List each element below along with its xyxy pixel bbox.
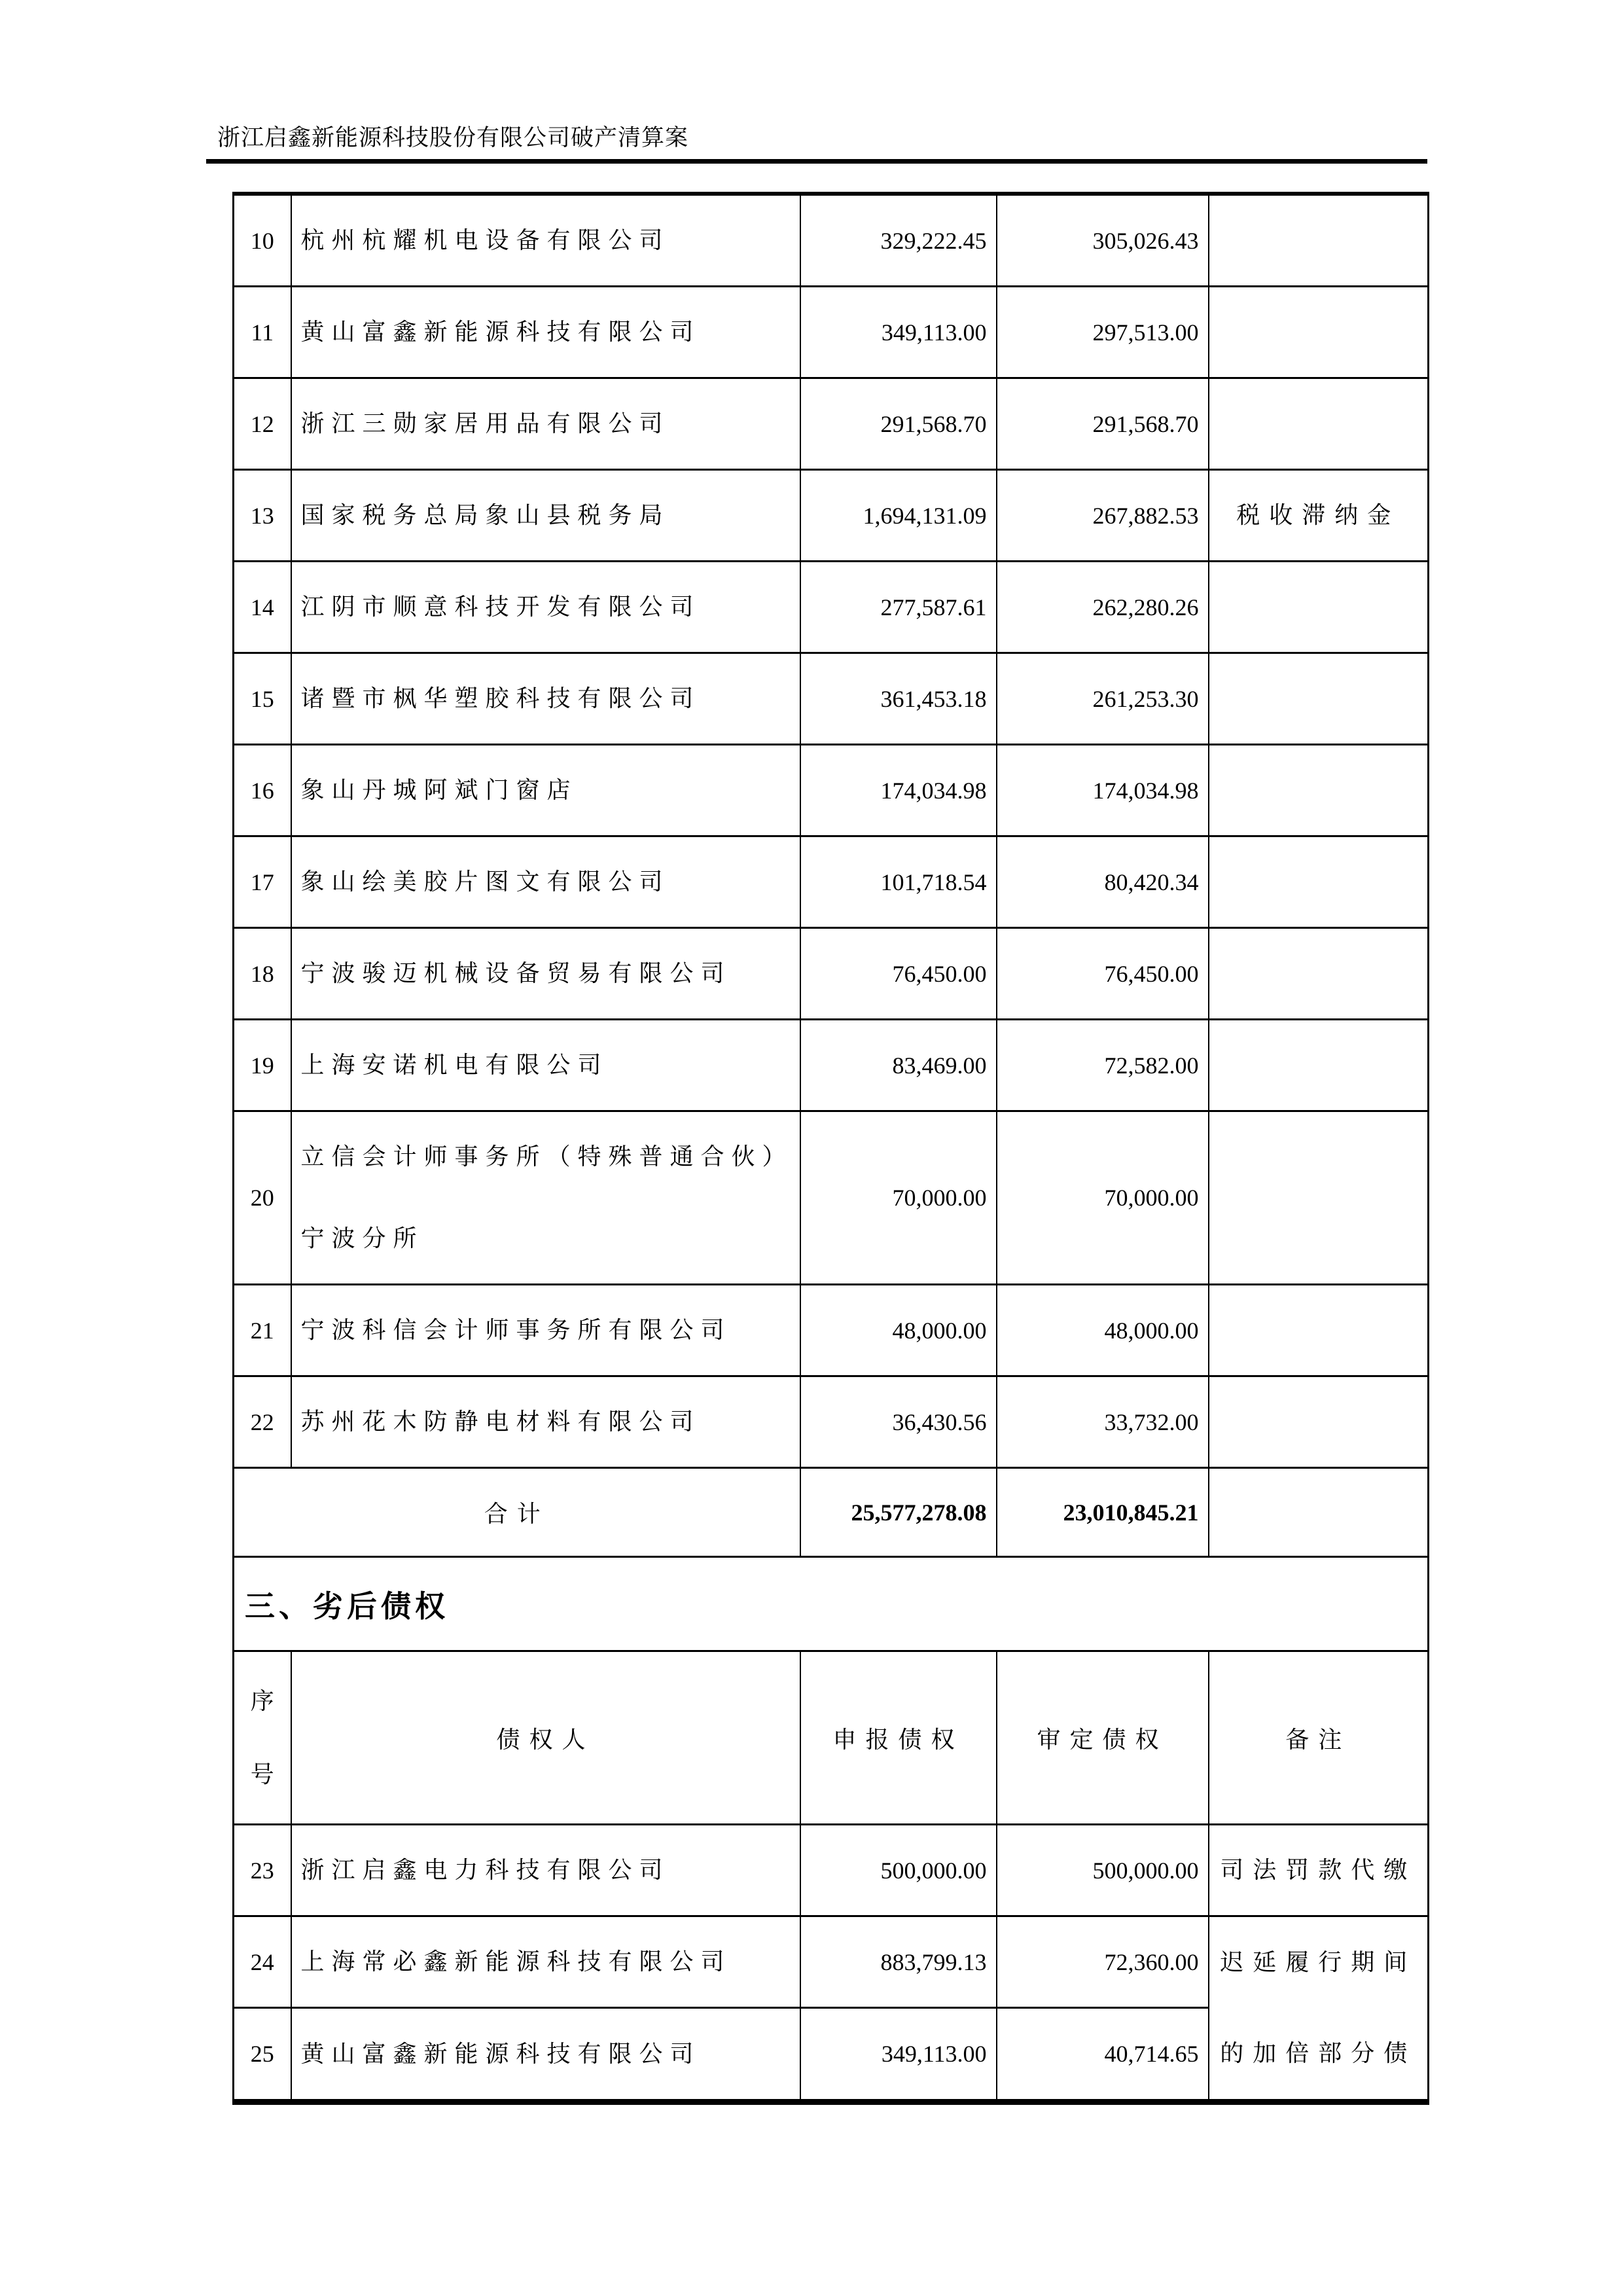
cell-declared: 349,113.00 xyxy=(800,287,997,378)
cell-remark xyxy=(1209,653,1429,745)
table-row: 21宁波科信会计师事务所有限公司48,000.0048,000.00 xyxy=(234,1285,1429,1376)
section-title: 三、劣后债权 xyxy=(234,1557,1429,1651)
table-row: 23浙江启鑫电力科技有限公司500,000.00500,000.00司法罚款代缴 xyxy=(234,1825,1429,1916)
header-creditor: 债权人 xyxy=(291,1651,800,1825)
cell-declared: 70,000.00 xyxy=(800,1111,997,1285)
cell-seq: 20 xyxy=(234,1111,291,1285)
cell-remark xyxy=(1209,1285,1429,1376)
cell-seq: 18 xyxy=(234,928,291,1020)
cell-remark xyxy=(1209,1376,1429,1468)
header-seq: 序号 xyxy=(234,1651,291,1825)
total-label: 合计 xyxy=(234,1468,800,1557)
cell-seq: 11 xyxy=(234,287,291,378)
cell-confirmed: 262,280.26 xyxy=(997,562,1209,653)
page-header-title: 浙江启鑫新能源科技股份有限公司破产清算案 xyxy=(217,120,688,152)
cell-creditor: 象山绘美胶片图文有限公司 xyxy=(291,836,800,928)
cell-remark xyxy=(1209,287,1429,378)
cell-seq: 19 xyxy=(234,1020,291,1111)
cell-remark xyxy=(1209,836,1429,928)
table-row: 24上海常必鑫新能源科技有限公司883,799.1372,360.00迟延履行期… xyxy=(234,1916,1429,2008)
cell-remark xyxy=(1209,562,1429,653)
claims-table-body: 10杭州杭耀机电设备有限公司329,222.45305,026.4311黄山富鑫… xyxy=(234,194,1429,2102)
table-row: 20立信会计师事务所（特殊普通合伙） 宁波分所70,000.0070,000.0… xyxy=(234,1111,1429,1285)
cell-seq: 13 xyxy=(234,470,291,562)
cell-creditor: 浙江三勋家居用品有限公司 xyxy=(291,378,800,470)
cell-confirmed: 261,253.30 xyxy=(997,653,1209,745)
cell-remark xyxy=(1209,378,1429,470)
cell-confirmed: 291,568.70 xyxy=(997,378,1209,470)
cell-confirmed: 33,732.00 xyxy=(997,1376,1209,1468)
cell-remark xyxy=(1209,1020,1429,1111)
table-row: 18宁波骏迈机械设备贸易有限公司76,450.0076,450.00 xyxy=(234,928,1429,1020)
cell-seq: 22 xyxy=(234,1376,291,1468)
cell-creditor: 宁波骏迈机械设备贸易有限公司 xyxy=(291,928,800,1020)
cell-declared: 291,568.70 xyxy=(800,378,997,470)
cell-seq: 16 xyxy=(234,745,291,836)
table-row: 14江阴市顺意科技开发有限公司277,587.61262,280.26 xyxy=(234,562,1429,653)
cell-confirmed: 76,450.00 xyxy=(997,928,1209,1020)
cell-creditor: 诸暨市枫华塑胶科技有限公司 xyxy=(291,653,800,745)
cell-declared: 277,587.61 xyxy=(800,562,997,653)
cell-declared: 83,469.00 xyxy=(800,1020,997,1111)
cell-creditor: 江阴市顺意科技开发有限公司 xyxy=(291,562,800,653)
cell-creditor: 上海常必鑫新能源科技有限公司 xyxy=(291,1916,800,2008)
cell-declared: 349,113.00 xyxy=(800,2008,997,2102)
cell-creditor: 苏州花木防静电材料有限公司 xyxy=(291,1376,800,1468)
total-confirmed: 23,010,845.21 xyxy=(997,1468,1209,1557)
cell-remark xyxy=(1209,1111,1429,1285)
cell-confirmed: 305,026.43 xyxy=(997,194,1209,287)
cell-creditor: 杭州杭耀机电设备有限公司 xyxy=(291,194,800,287)
cell-declared: 329,222.45 xyxy=(800,194,997,287)
cell-creditor: 浙江启鑫电力科技有限公司 xyxy=(291,1825,800,1916)
header-remark: 备注 xyxy=(1209,1651,1429,1825)
cell-declared: 361,453.18 xyxy=(800,653,997,745)
table-row: 19上海安诺机电有限公司83,469.0072,582.00 xyxy=(234,1020,1429,1111)
header-rule xyxy=(206,159,1427,164)
table-row: 12浙江三勋家居用品有限公司291,568.70291,568.70 xyxy=(234,378,1429,470)
table-row: 10杭州杭耀机电设备有限公司329,222.45305,026.43 xyxy=(234,194,1429,287)
cell-declared: 48,000.00 xyxy=(800,1285,997,1376)
cell-confirmed: 40,714.65 xyxy=(997,2008,1209,2102)
section-heading-row: 三、劣后债权 xyxy=(234,1557,1429,1651)
table-row: 16象山丹城阿斌门窗店174,034.98174,034.98 xyxy=(234,745,1429,836)
table-row: 13国家税务总局象山县税务局1,694,131.09267,882.53税收滞纳… xyxy=(234,470,1429,562)
cell-remark xyxy=(1209,745,1429,836)
table-row: 15诸暨市枫华塑胶科技有限公司361,453.18261,253.30 xyxy=(234,653,1429,745)
cell-declared: 883,799.13 xyxy=(800,1916,997,2008)
cell-confirmed: 297,513.00 xyxy=(997,287,1209,378)
cell-creditor: 上海安诺机电有限公司 xyxy=(291,1020,800,1111)
cell-seq: 24 xyxy=(234,1916,291,2008)
cell-seq: 23 xyxy=(234,1825,291,1916)
cell-declared: 36,430.56 xyxy=(800,1376,997,1468)
cell-declared: 1,694,131.09 xyxy=(800,470,997,562)
cell-declared: 101,718.54 xyxy=(800,836,997,928)
total-declared: 25,577,278.08 xyxy=(800,1468,997,1557)
cell-confirmed: 70,000.00 xyxy=(997,1111,1209,1285)
cell-seq: 12 xyxy=(234,378,291,470)
cell-creditor: 象山丹城阿斌门窗店 xyxy=(291,745,800,836)
cell-creditor: 黄山富鑫新能源科技有限公司 xyxy=(291,287,800,378)
cell-creditor: 宁波科信会计师事务所有限公司 xyxy=(291,1285,800,1376)
cell-remark xyxy=(1209,194,1429,287)
cell-seq: 15 xyxy=(234,653,291,745)
total-row: 合计25,577,278.0823,010,845.21 xyxy=(234,1468,1429,1557)
claims-table: 10杭州杭耀机电设备有限公司329,222.45305,026.4311黄山富鑫… xyxy=(232,192,1429,2105)
table-row: 11黄山富鑫新能源科技有限公司349,113.00297,513.00 xyxy=(234,287,1429,378)
cell-creditor: 国家税务总局象山县税务局 xyxy=(291,470,800,562)
table-row: 22苏州花木防静电材料有限公司36,430.5633,732.00 xyxy=(234,1376,1429,1468)
cell-confirmed: 72,582.00 xyxy=(997,1020,1209,1111)
cell-creditor: 黄山富鑫新能源科技有限公司 xyxy=(291,2008,800,2102)
cell-creditor: 立信会计师事务所（特殊普通合伙） 宁波分所 xyxy=(291,1111,800,1285)
total-remark xyxy=(1209,1468,1429,1557)
header-confirmed: 审定债权 xyxy=(997,1651,1209,1825)
table-header-row: 序号债权人申报债权审定债权备注 xyxy=(234,1651,1429,1825)
cell-declared: 76,450.00 xyxy=(800,928,997,1020)
cell-seq: 17 xyxy=(234,836,291,928)
cell-confirmed: 500,000.00 xyxy=(997,1825,1209,1916)
cell-seq: 25 xyxy=(234,2008,291,2102)
cell-confirmed: 48,000.00 xyxy=(997,1285,1209,1376)
cell-remark: 司法罚款代缴 xyxy=(1209,1825,1429,1916)
cell-seq: 21 xyxy=(234,1285,291,1376)
cell-declared: 174,034.98 xyxy=(800,745,997,836)
cell-confirmed: 267,882.53 xyxy=(997,470,1209,562)
cell-seq: 14 xyxy=(234,562,291,653)
cell-remark: 税收滞纳金 xyxy=(1209,470,1429,562)
cell-confirmed: 72,360.00 xyxy=(997,1916,1209,2008)
cell-remark xyxy=(1209,928,1429,1020)
cell-seq: 10 xyxy=(234,194,291,287)
table-row: 17象山绘美胶片图文有限公司101,718.5480,420.34 xyxy=(234,836,1429,928)
cell-confirmed: 174,034.98 xyxy=(997,745,1209,836)
cell-declared: 500,000.00 xyxy=(800,1825,997,1916)
cell-remark: 迟延履行期间 的加倍部分债 xyxy=(1209,1916,1429,2102)
header-declared: 申报债权 xyxy=(800,1651,997,1825)
cell-confirmed: 80,420.34 xyxy=(997,836,1209,928)
